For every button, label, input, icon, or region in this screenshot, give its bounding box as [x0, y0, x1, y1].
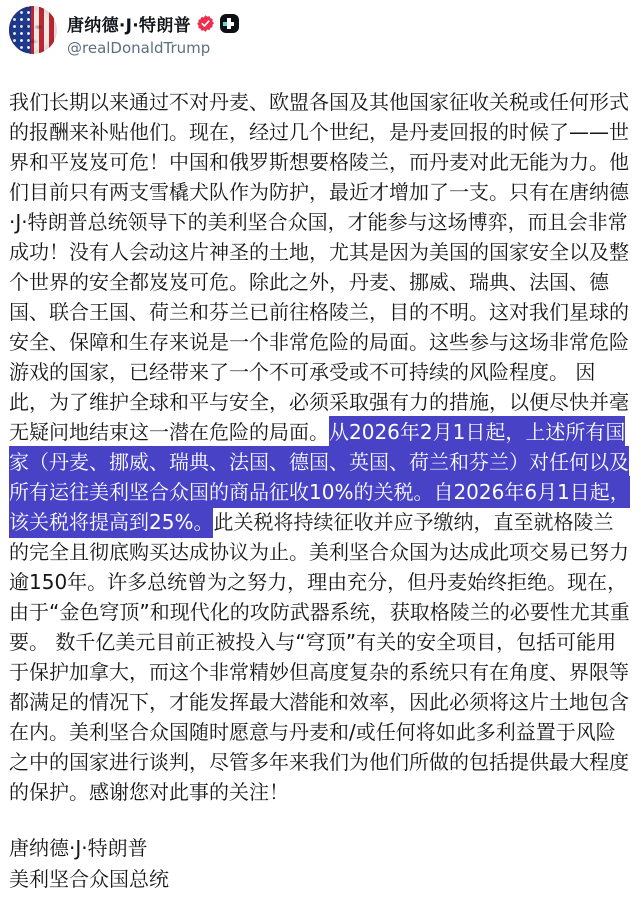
signature-block: 唐纳德·J·特朗普 美利坚合众国总统	[9, 833, 632, 895]
name-row: 唐纳德·J·特朗普	[67, 11, 239, 36]
avatar[interactable]	[9, 6, 57, 54]
body-text-before-highlight: 我们长期以来通过不对丹麦、欧盟各国及其他国家征收关税或任何形式的报酬来补贴他们。…	[9, 90, 629, 444]
header-text: 唐纳德·J·特朗普 @realDonaldTrump	[67, 6, 239, 57]
post-body: 我们长期以来通过不对丹麦、欧盟各国及其他国家征收关税或任何形式的报酬来补贴他们。…	[9, 87, 632, 807]
verified-badge-icon	[196, 14, 215, 33]
display-name[interactable]: 唐纳德·J·特朗普	[67, 11, 191, 36]
post-header: 唐纳德·J·特朗普 @realDonaldTrump	[9, 6, 632, 57]
body-text-after-highlight: 此关税将持续征收并应予缴纳，直至就格陵兰的完全且彻底购买达成协议为止。美利坚合众…	[9, 510, 630, 804]
post-card: 唐纳德·J·特朗普 @realDonaldTrump 我们长期以来通过不对丹麦、…	[0, 0, 641, 895]
truth-social-plus-icon	[220, 14, 239, 33]
face-shading	[9, 6, 57, 54]
signature-name: 唐纳德·J·特朗普	[9, 833, 632, 864]
user-handle[interactable]: @realDonaldTrump	[67, 39, 239, 57]
signature-title: 美利坚合众国总统	[9, 864, 632, 895]
